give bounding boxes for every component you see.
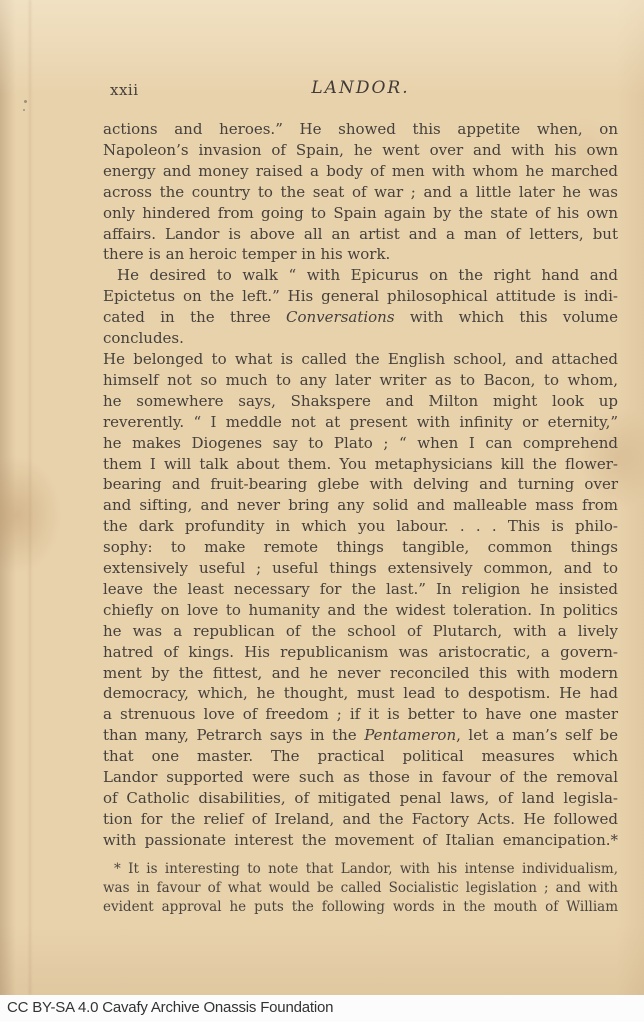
ink-speck: [24, 100, 27, 103]
page-crease: [29, 0, 31, 995]
footnote: * It is interesting to note that Landor,…: [103, 860, 618, 918]
license-bar: CC BY-SA 4.0 Cavafy Archive Onassis Foun…: [0, 995, 644, 1022]
license-text: CC BY-SA 4.0 Cavafy Archive Onassis Foun…: [0, 995, 644, 1021]
scanned-book-page: xxii LANDOR. actions and heroes.” He sho…: [0, 0, 644, 995]
paragraph-2: He desired to walk “ with Epicurus on th…: [103, 265, 618, 850]
text-block: actions and heroes.” He showed this appe…: [103, 119, 618, 917]
running-header: LANDOR.: [103, 78, 618, 98]
ink-speck: [23, 109, 25, 111]
running-title: LANDOR.: [311, 78, 409, 98]
paragraph-1: actions and heroes.” He showed this appe…: [103, 119, 618, 265]
foxing-stain: [0, 455, 62, 575]
